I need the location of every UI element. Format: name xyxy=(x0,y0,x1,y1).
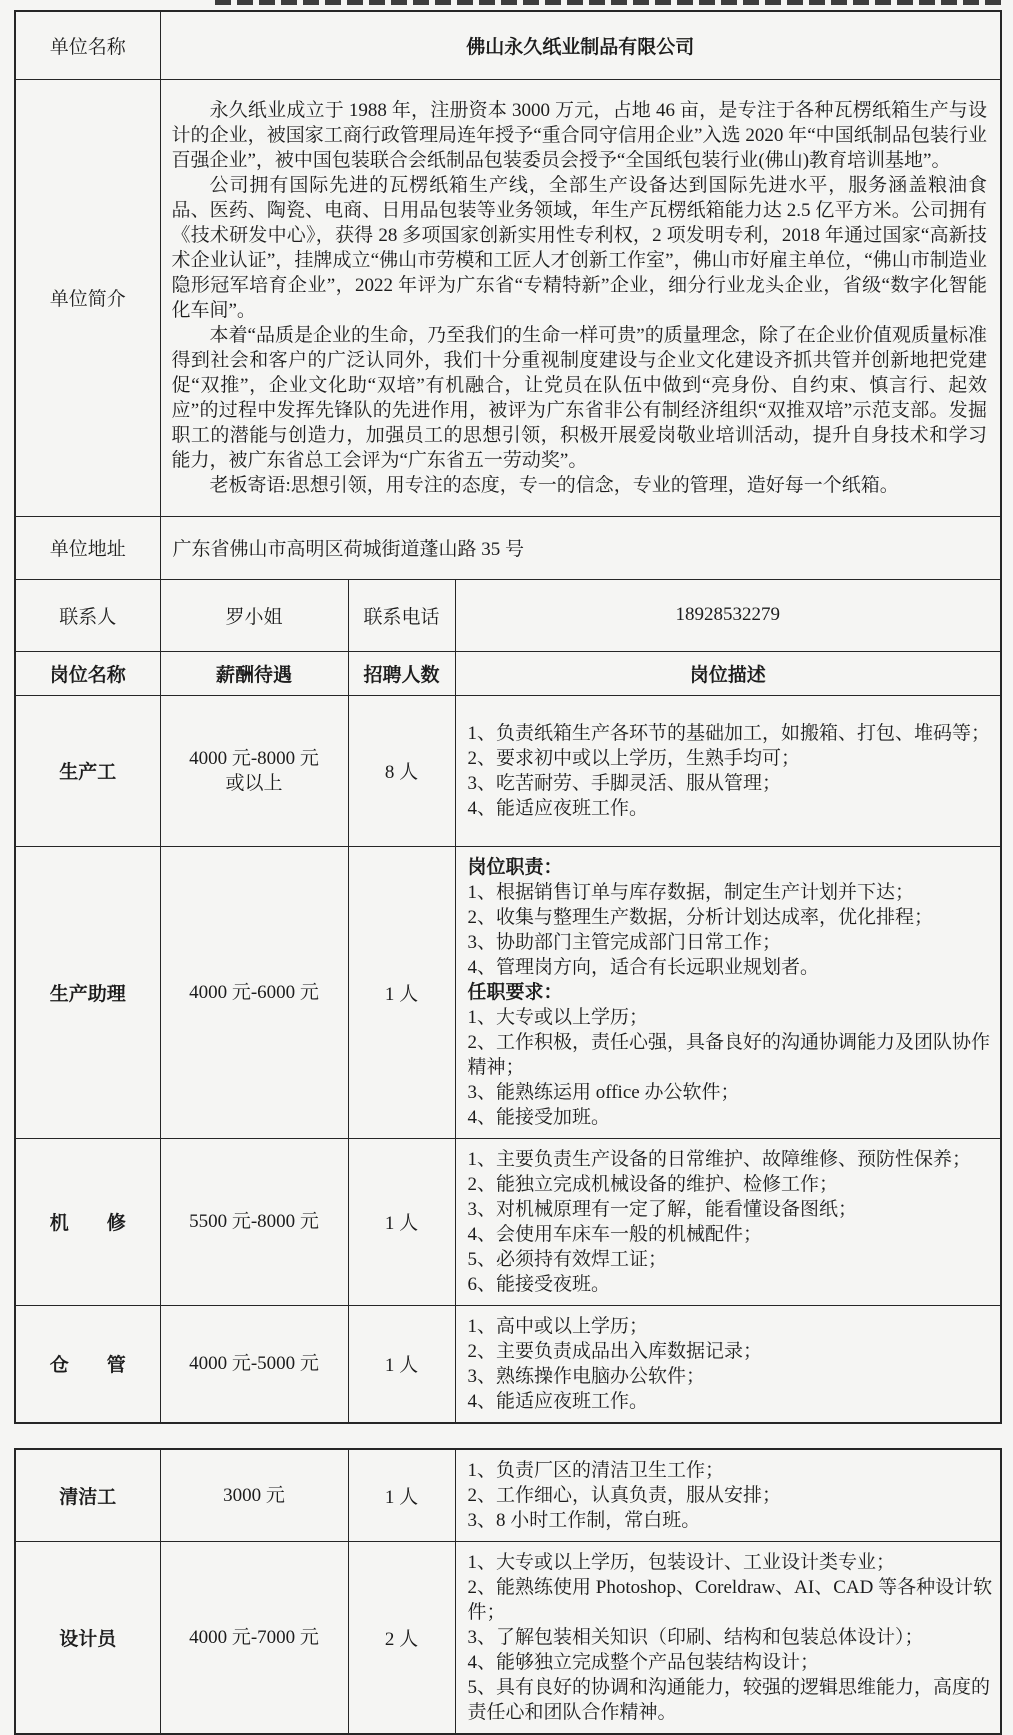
recruitment-sheet: 单位名称 佛山永久纸业制品有限公司 单位简介 永久纸业成立于 1988 年，注册… xyxy=(0,0,1013,1735)
desc-line: 2、主要负责成品出入库数据记录； xyxy=(468,1339,995,1364)
desc-line: 5、必须持有效焊工证； xyxy=(468,1247,995,1272)
desc-line: 4、能适应夜班工作。 xyxy=(468,796,995,821)
job-title: 清洁工 xyxy=(15,1449,160,1542)
desc-line: 2、要求初中或以上学历，生熟手均可； xyxy=(468,746,995,771)
job-row-designer: 设计员 4000 元-7000 元 2 人 1、大专或以上学历，包装设计、工业设… xyxy=(15,1541,1001,1734)
desc-section-title: 岗位职责： xyxy=(468,855,995,880)
desc-line: 3、吃苦耐劳、手脚灵活、服从管理； xyxy=(468,771,995,796)
desc-line: 4、能够独立完成整个产品包装结构设计； xyxy=(468,1650,995,1675)
job-title: 机 修 xyxy=(15,1138,160,1305)
company-name-value: 佛山永久纸业制品有限公司 xyxy=(160,11,1001,79)
desc-line: 4、管理岗方向，适合有长远职业规划者。 xyxy=(468,955,995,980)
job-salary: 3000 元 xyxy=(160,1449,348,1542)
company-intro-label: 单位简介 xyxy=(15,79,160,516)
job-headcount: 1 人 xyxy=(348,1305,455,1423)
job-description: 1、负责厂区的清洁卫生工作； 2、工作细心，认真负责，服从安排； 3、8 小时工… xyxy=(455,1449,1001,1542)
job-row-cleaner: 清洁工 3000 元 1 人 1、负责厂区的清洁卫生工作； 2、工作细心，认真负… xyxy=(15,1449,1001,1542)
desc-line: 3、对机械原理有一定了解，能看懂设备图纸； xyxy=(468,1197,995,1222)
table-gap xyxy=(14,1424,1000,1448)
job-headcount: 8 人 xyxy=(348,695,455,846)
desc-line: 2、能独立完成机械设备的维护、检修工作； xyxy=(468,1172,995,1197)
company-name-label: 单位名称 xyxy=(15,11,160,79)
desc-line: 1、根据销售订单与库存数据，制定生产计划并下达； xyxy=(468,880,995,905)
desc-line: 3、熟练操作电脑办公软件； xyxy=(468,1364,995,1389)
job-row-warehouse-keeper: 仓 管 4000 元-5000 元 1 人 1、高中或以上学历； 2、主要负责成… xyxy=(15,1305,1001,1423)
job-row-production-assistant: 生产助理 4000 元-6000 元 1 人 岗位职责： 1、根据销售订单与库存… xyxy=(15,846,1001,1138)
header-description: 岗位描述 xyxy=(455,651,1001,695)
job-title: 生产工 xyxy=(15,695,160,846)
intro-paragraph: 老板寄语:思想引领，用专注的态度，专一的信念，专业的管理，造好每一个纸箱。 xyxy=(172,473,988,498)
salary-line: 4000 元-8000 元 xyxy=(161,746,348,771)
intro-paragraph: 公司拥有国际先进的瓦楞纸箱生产线，全部生产设备达到国际先进水平，服务涵盖粮油食品… xyxy=(172,173,988,323)
company-info-table: 单位名称 佛山永久纸业制品有限公司 单位简介 永久纸业成立于 1988 年，注册… xyxy=(14,10,1002,1424)
job-headcount: 1 人 xyxy=(348,1449,455,1542)
desc-line: 3、8 小时工作制，常白班。 xyxy=(468,1508,995,1533)
desc-line: 4、能适应夜班工作。 xyxy=(468,1389,995,1414)
job-salary: 4000 元-5000 元 xyxy=(160,1305,348,1423)
job-salary: 4000 元-6000 元 xyxy=(160,846,348,1138)
desc-line: 6、能接受夜班。 xyxy=(468,1272,995,1297)
desc-line: 4、能接受加班。 xyxy=(468,1105,995,1130)
header-salary: 薪酬待遇 xyxy=(160,651,348,695)
desc-line: 2、工作细心，认真负责，服从安排； xyxy=(468,1483,995,1508)
desc-line: 3、了解包装相关知识（印刷、结构和包装总体设计）； xyxy=(468,1625,995,1650)
salary-line: 或以上 xyxy=(161,771,348,796)
job-description: 1、负责纸箱生产各环节的基础加工，如搬箱、打包、堆码等； 2、要求初中或以上学历… xyxy=(455,695,1001,846)
desc-line: 1、主要负责生产设备的日常维护、故障维修、预防性保养； xyxy=(468,1147,995,1172)
job-description: 1、高中或以上学历； 2、主要负责成品出入库数据记录； 3、熟练操作电脑办公软件… xyxy=(455,1305,1001,1423)
desc-line: 2、能熟练使用 Photoshop、Coreldraw、AI、CAD 等各种设计… xyxy=(468,1575,995,1625)
job-description: 1、主要负责生产设备的日常维护、故障维修、预防性保养； 2、能独立完成机械设备的… xyxy=(455,1138,1001,1305)
desc-line: 1、负责厂区的清洁卫生工作； xyxy=(468,1458,995,1483)
desc-line: 2、收集与整理生产数据，分析计划达成率，优化排程； xyxy=(468,905,995,930)
job-description: 1、大专或以上学历，包装设计、工业设计类专业； 2、能熟练使用 Photosho… xyxy=(455,1541,1001,1734)
job-salary: 5500 元-8000 元 xyxy=(160,1138,348,1305)
company-address-label: 单位地址 xyxy=(15,516,160,579)
job-headcount: 1 人 xyxy=(348,846,455,1138)
contact-name: 罗小姐 xyxy=(160,579,348,651)
header-headcount: 招聘人数 xyxy=(348,651,455,695)
desc-line: 1、大专或以上学历，包装设计、工业设计类专业； xyxy=(468,1550,995,1575)
desc-line: 1、负责纸箱生产各环节的基础加工，如搬箱、打包、堆码等； xyxy=(468,721,995,746)
company-intro-row: 单位简介 永久纸业成立于 1988 年，注册资本 3000 万元，占地 46 亩… xyxy=(15,79,1001,516)
job-headcount: 1 人 xyxy=(348,1138,455,1305)
desc-section-title: 任职要求： xyxy=(468,980,995,1005)
desc-line: 4、会使用车床车一般的机械配件； xyxy=(468,1222,995,1247)
job-salary: 4000 元-8000 元 或以上 xyxy=(160,695,348,846)
company-intro-text: 永久纸业成立于 1988 年，注册资本 3000 万元，占地 46 亩，是专注于… xyxy=(160,79,1001,516)
jobs-table-2: 清洁工 3000 元 1 人 1、负责厂区的清洁卫生工作； 2、工作细心，认真负… xyxy=(14,1448,1002,1735)
desc-line: 3、能熟练运用 office 办公软件； xyxy=(468,1080,995,1105)
header-position: 岗位名称 xyxy=(15,651,160,695)
phone-value: 18928532279 xyxy=(455,579,1001,651)
company-address-row: 单位地址 广东省佛山市高明区荷城街道蓬山路 35 号 xyxy=(15,516,1001,579)
intro-paragraph: 本着“品质是企业的生命，乃至我们的生命一样可贵”的质量理念，除了在企业价值观质量… xyxy=(172,323,988,473)
desc-line: 1、高中或以上学历； xyxy=(468,1314,995,1339)
job-salary: 4000 元-7000 元 xyxy=(160,1541,348,1734)
desc-line: 3、协助部门主管完成部门日常工作； xyxy=(468,930,995,955)
contact-row: 联系人 罗小姐 联系电话 18928532279 xyxy=(15,579,1001,651)
company-address-value: 广东省佛山市高明区荷城街道蓬山路 35 号 xyxy=(160,516,1001,579)
phone-label: 联系电话 xyxy=(348,579,455,651)
job-row-production-worker: 生产工 4000 元-8000 元 或以上 8 人 1、负责纸箱生产各环节的基础… xyxy=(15,695,1001,846)
jobs-header-row: 岗位名称 薪酬待遇 招聘人数 岗位描述 xyxy=(15,651,1001,695)
job-title: 设计员 xyxy=(15,1541,160,1734)
job-title: 仓 管 xyxy=(15,1305,160,1423)
intro-paragraph: 永久纸业成立于 1988 年，注册资本 3000 万元，占地 46 亩，是专注于… xyxy=(172,98,988,173)
job-description: 岗位职责： 1、根据销售订单与库存数据，制定生产计划并下达； 2、收集与整理生产… xyxy=(455,846,1001,1138)
job-headcount: 2 人 xyxy=(348,1541,455,1734)
desc-line: 1、大专或以上学历； xyxy=(468,1005,995,1030)
job-row-mechanic: 机 修 5500 元-8000 元 1 人 1、主要负责生产设备的日常维护、故障… xyxy=(15,1138,1001,1305)
job-title: 生产助理 xyxy=(15,846,160,1138)
desc-line: 5、具有良好的协调和沟通能力，较强的逻辑思维能力，高度的责任心和团队合作精神。 xyxy=(468,1675,995,1725)
contact-label: 联系人 xyxy=(15,579,160,651)
desc-line: 2、工作积极，责任心强，具备良好的沟通协调能力及团队协作精神； xyxy=(468,1030,995,1080)
company-name-row: 单位名称 佛山永久纸业制品有限公司 xyxy=(15,11,1001,79)
